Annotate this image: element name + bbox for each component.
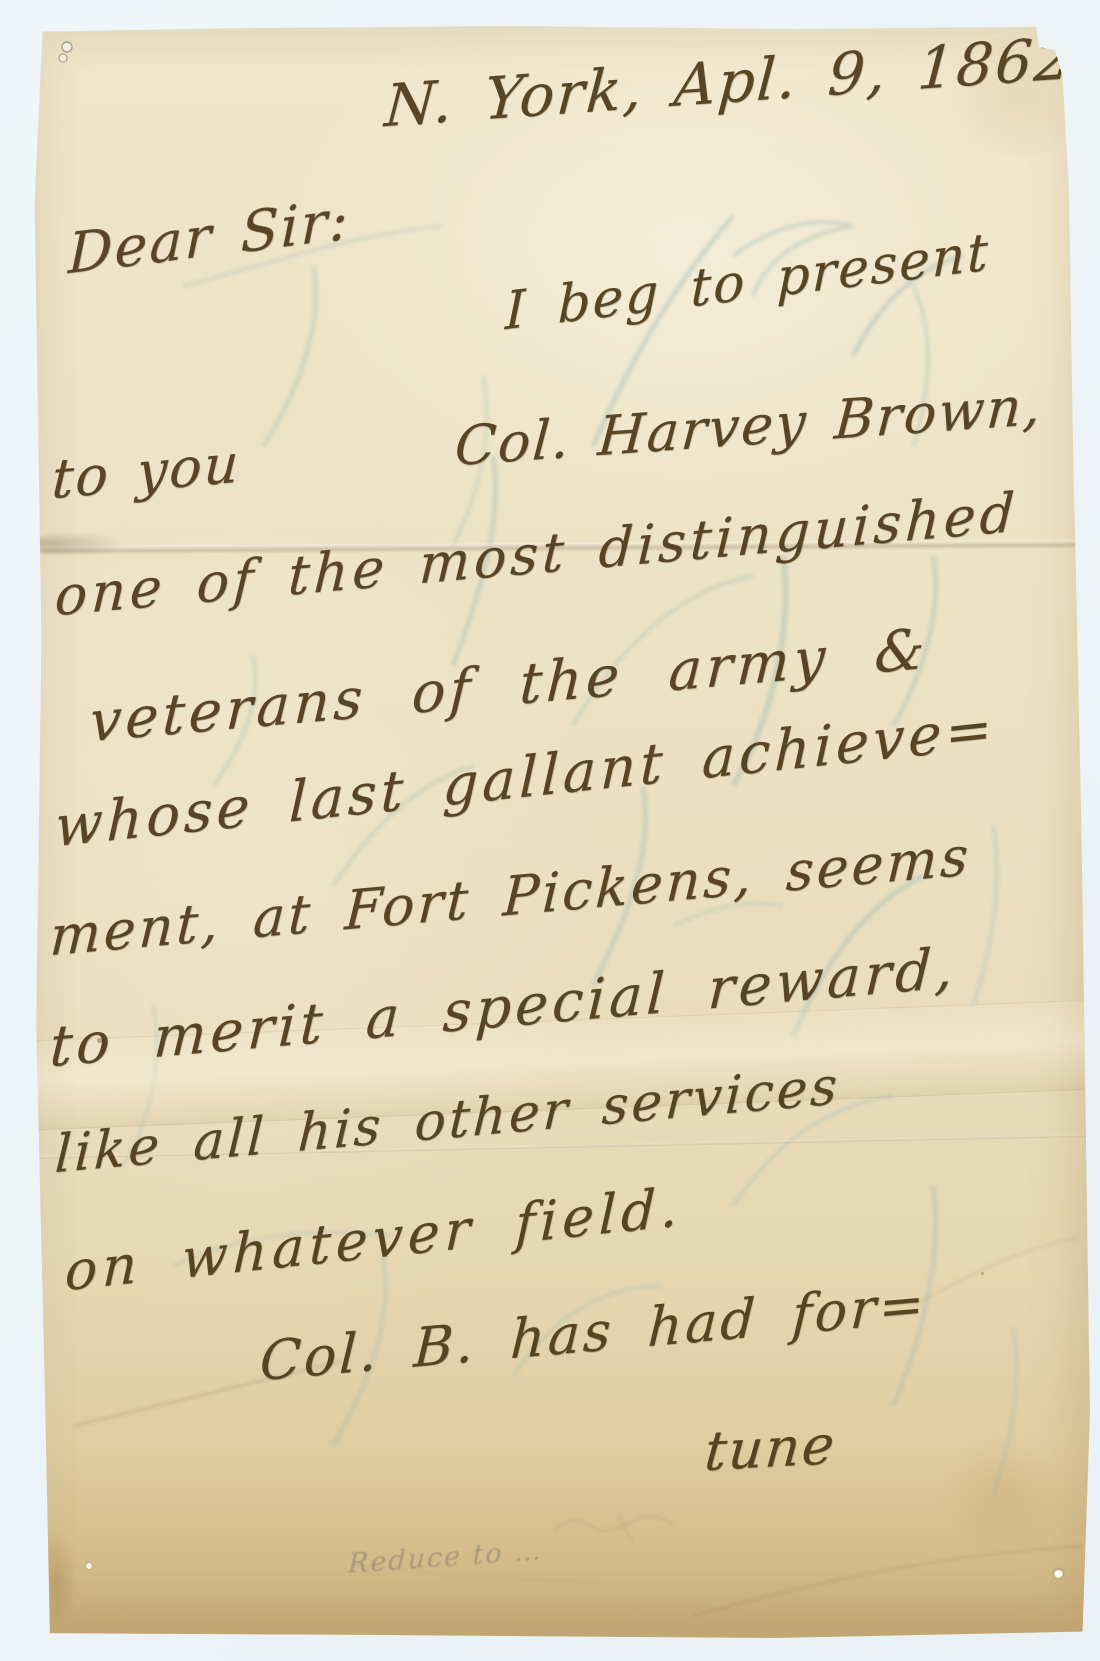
salutation-text: Dear Sir: (67, 187, 350, 287)
ink-speck (981, 1272, 984, 1275)
fold-tear-left (33, 531, 128, 557)
letter-line: on whatever field. (64, 1175, 684, 1303)
letter-line: Col. Harvey Brown, (453, 374, 1045, 479)
letter-line: to you (50, 431, 242, 511)
letter-line: Col. B. has had for= (258, 1271, 928, 1393)
pin-hole-bottom-right (1054, 1569, 1063, 1578)
pin-hole-top-left (55, 38, 77, 68)
opening-line-text: I beg to present (504, 222, 990, 342)
paper-chip (86, 1563, 92, 1569)
catchword-text: tune (702, 1413, 839, 1483)
scan-background: N. York, Apl. 9, 1862. Dear Sir: I beg t… (0, 0, 1100, 1661)
letter-paper: N. York, Apl. 9, 1862. Dear Sir: I beg t… (33, 26, 1091, 1638)
letter-line: one of the most distinguished (53, 480, 1020, 628)
bottom-toning (33, 1448, 1091, 1638)
dateline-text: N. York, Apl. 9, 1862. (383, 22, 1096, 140)
